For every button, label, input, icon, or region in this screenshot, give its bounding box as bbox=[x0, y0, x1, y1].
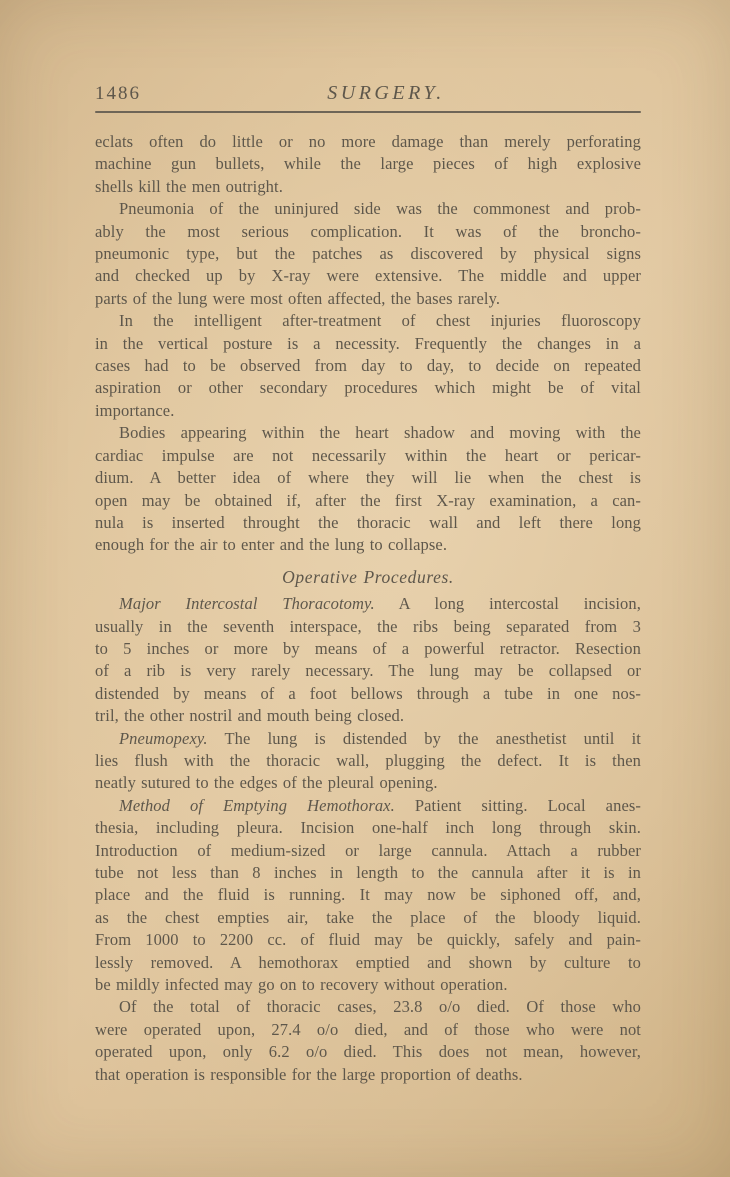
text-line: Major Intercostal Thoracotomy. A long in… bbox=[95, 593, 641, 615]
text-line: distended by means of a foot bellows thr… bbox=[95, 683, 641, 705]
text-line: lies flush with the thoracic wall, plugg… bbox=[95, 750, 641, 772]
text-line: pneumonic type, but the patches as disco… bbox=[95, 243, 641, 265]
paragraph: Method of Emptying Hemothorax. Patient s… bbox=[95, 795, 641, 997]
text-line: aspiration or other secondary procedures… bbox=[95, 377, 641, 399]
paragraph: eclats often do little or no more damage… bbox=[95, 131, 641, 198]
paragraph: Pneumonia of the uninjured side was the … bbox=[95, 198, 641, 310]
text-line: cases had to be observed from day to day… bbox=[95, 355, 641, 377]
text-line: tube not less than 8 inches in length to… bbox=[95, 862, 641, 884]
paragraph: Of the total of thoracic cases, 23.8 o/o… bbox=[95, 996, 641, 1086]
text-line: ably the most serious complication. It w… bbox=[95, 221, 641, 243]
text-line: Introduction of medium-sized or large ca… bbox=[95, 840, 641, 862]
text-line: Method of Emptying Hemothorax. Patient s… bbox=[95, 795, 641, 817]
text-line: operated upon, only 6.2 o/o died. This d… bbox=[95, 1041, 641, 1063]
text-line: Bodies appearing within the heart shadow… bbox=[95, 422, 641, 444]
header-rule bbox=[95, 111, 641, 113]
procedure-name: Major Intercostal Thoracotomy. bbox=[119, 594, 375, 613]
text-line: Pneumopexy. The lung is distended by the… bbox=[95, 728, 641, 750]
body-text: eclats often do little or no more damage… bbox=[95, 131, 641, 1086]
scanned-book-page: 1486 SURGERY. eclats often do little or … bbox=[0, 0, 730, 1177]
page-header: 1486 SURGERY. bbox=[95, 82, 641, 105]
text-line: In the intelligent after-treatment of ch… bbox=[95, 310, 641, 332]
section-heading: Operative Procedures. bbox=[95, 566, 641, 588]
text-line: usually in the seventh interspace, the r… bbox=[95, 616, 641, 638]
paragraph: Bodies appearing within the heart shadow… bbox=[95, 422, 641, 556]
paragraph: Pneumopexy. The lung is distended by the… bbox=[95, 728, 641, 795]
text-line: Of the total of thoracic cases, 23.8 o/o… bbox=[95, 996, 641, 1018]
running-title: SURGERY. bbox=[327, 82, 444, 105]
text-line: lessly removed. A hemothorax emptied and… bbox=[95, 952, 641, 974]
text-line: and checked up by X-ray were extensive. … bbox=[95, 265, 641, 287]
text-line: in the vertical posture is a necessity. … bbox=[95, 333, 641, 355]
text-line: neatly sutured to the edges of the pleur… bbox=[95, 772, 641, 794]
text-line: shells kill the men outright. bbox=[95, 176, 641, 198]
paragraph: In the intelligent after-treatment of ch… bbox=[95, 310, 641, 422]
text-line: importance. bbox=[95, 400, 641, 422]
text-line: nula is inserted throught the thoracic w… bbox=[95, 512, 641, 534]
text-line: thesia, including pleura. Incision one-h… bbox=[95, 817, 641, 839]
text-line: eclats often do little or no more damage… bbox=[95, 131, 641, 153]
text-line: From 1000 to 2200 cc. of fluid may be qu… bbox=[95, 929, 641, 951]
paragraph: Major Intercostal Thoracotomy. A long in… bbox=[95, 593, 641, 727]
text-line: that operation is responsible for the la… bbox=[95, 1064, 641, 1086]
text-line: of a rib is very rarely necessary. The l… bbox=[95, 660, 641, 682]
text-line: tril, the other nostril and mouth being … bbox=[95, 705, 641, 727]
text-line: place and the fluid is running. It may n… bbox=[95, 884, 641, 906]
text-line: machine gun bullets, while the large pie… bbox=[95, 153, 641, 175]
procedure-name: Method of Emptying Hemothorax. bbox=[119, 796, 395, 815]
text-line: be mildly infected may go on to recovery… bbox=[95, 974, 641, 996]
text-line: enough for the air to enter and the lung… bbox=[95, 534, 641, 556]
text-line: cardiac impulse are not necessarily with… bbox=[95, 445, 641, 467]
page-number: 1486 bbox=[95, 83, 141, 105]
text-line: to 5 inches or more by means of a powerf… bbox=[95, 638, 641, 660]
text-line: were operated upon, 27.4 o/o died, and o… bbox=[95, 1019, 641, 1041]
text-line: open may be obtained if, after the first… bbox=[95, 490, 641, 512]
procedure-name: Pneumopexy. bbox=[119, 729, 208, 748]
text-line: Pneumonia of the uninjured side was the … bbox=[95, 198, 641, 220]
text-line: dium. A better idea of where they will l… bbox=[95, 467, 641, 489]
text-line: as the chest empties air, take the place… bbox=[95, 907, 641, 929]
text-line: parts of the lung were most often affect… bbox=[95, 288, 641, 310]
